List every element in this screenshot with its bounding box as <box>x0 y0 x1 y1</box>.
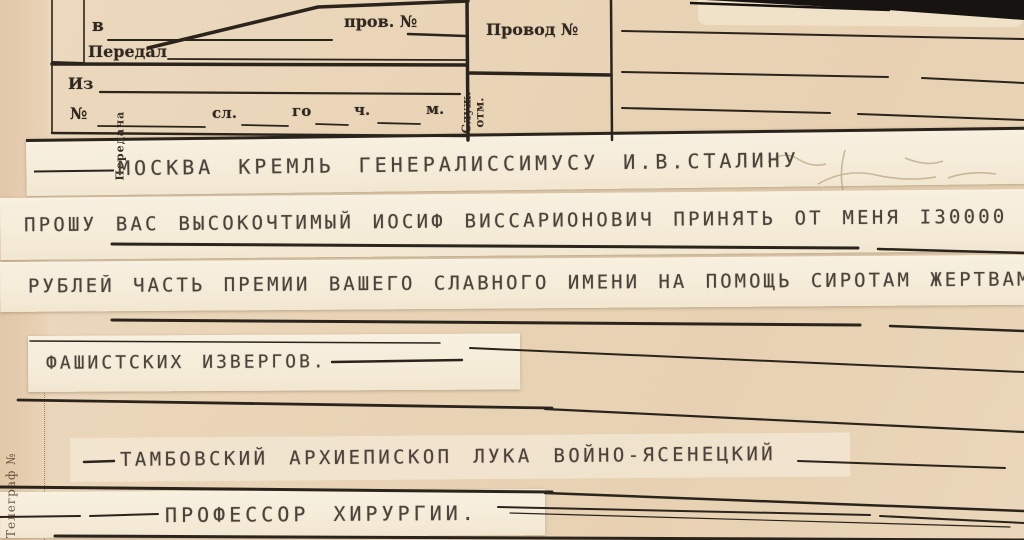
body-line-3: ФАШИСТСКИХ ИЗВЕРГОВ. <box>46 351 327 373</box>
signature-line-2: ПРОФЕССОР ХИРУРГИИ. <box>165 501 478 527</box>
handwriting-scribble <box>768 150 996 190</box>
telegram-document: Передача в пров. № Провод № Передал Из №… <box>0 0 1024 540</box>
